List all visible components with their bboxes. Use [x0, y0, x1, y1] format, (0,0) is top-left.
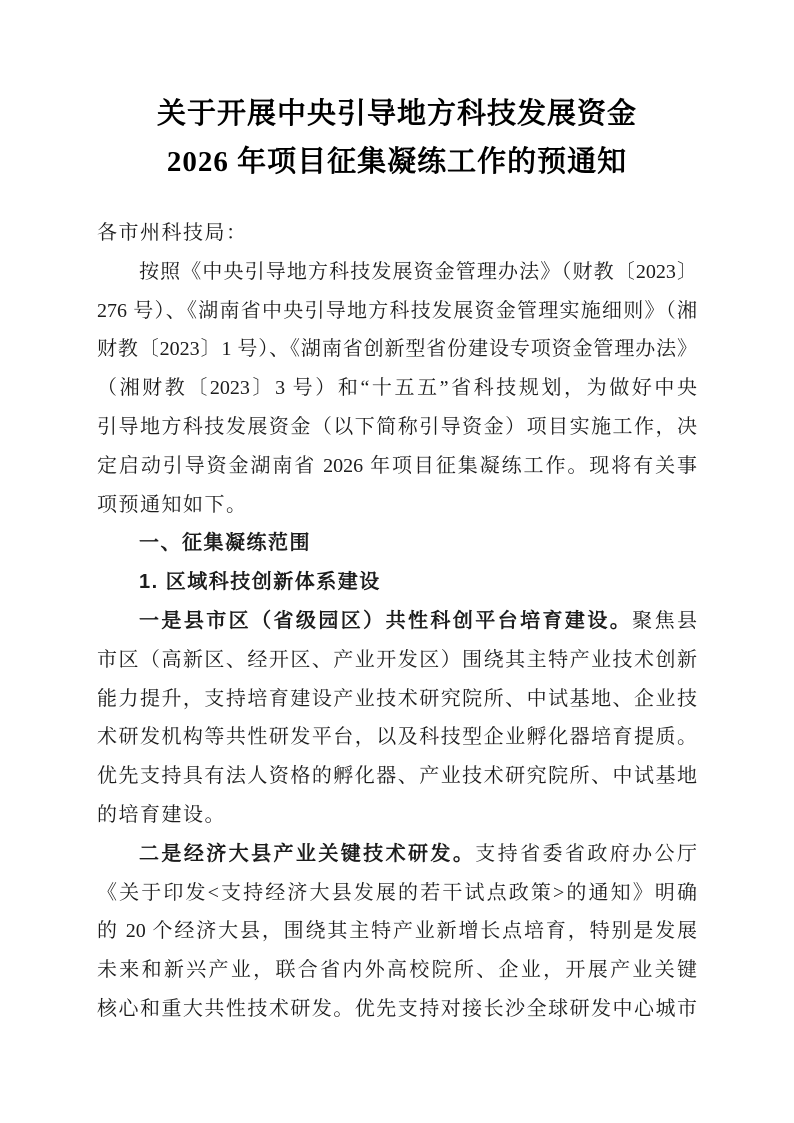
text-segment: 未来和新兴产业，联合省内外高校院所、企业，开展产业关键: [97, 959, 697, 981]
text-line: 未来和新兴产业，联合省内外高校院所、企业，开展产业关键: [97, 951, 697, 990]
text-line: 一、征集凝练范围: [97, 524, 697, 563]
text-line: 定启动引导资金湖南省 2026 年项目征集凝练工作。现将有关事: [97, 447, 697, 486]
text-line: 《关于印发<支持经济大县发展的若干试点政策>的通知》明确: [97, 874, 697, 913]
text-segment: 优先支持具有法人资格的孵化器、产业技术研究院所、中试基地: [97, 765, 697, 787]
document-body: 各市州科技局：按照《中央引导地方科技发展资金管理办法》（财教〔2023〕276 …: [97, 214, 697, 1029]
text-segment: 《关于印发<支持经济大县发展的若干试点政策>的通知》明确: [97, 882, 697, 904]
text-line: 引导地方科技发展资金（以下简称引导资金）项目实施工作，决: [97, 408, 697, 447]
text-line: 能力提升，支持培育建设产业技术研究院所、中试基地、企业技: [97, 680, 697, 719]
text-line: 的培育建设。: [97, 796, 697, 835]
bold-text-segment: 二是经济大县产业关键技术研发。: [139, 843, 475, 865]
text-line: 财教〔2023〕1 号）、《湖南省创新型省份建设专项资金管理办法》: [97, 330, 697, 369]
text-line: 的 20 个经济大县，围绕其主特产业新增长点培育，特别是发展: [97, 912, 697, 951]
title-line-1: 关于开展中央引导地方科技发展资金: [97, 90, 697, 138]
text-line: 二是经济大县产业关键技术研发。支持省委省政府办公厅: [97, 835, 697, 874]
text-segment: 项预通知如下。: [97, 494, 248, 516]
text-segment: 定启动引导资金湖南省 2026 年项目征集凝练工作。现将有关事: [97, 455, 697, 477]
text-segment: 术研发机构等共性研发平台，以及科技型企业孵化器培育提质。: [97, 726, 697, 748]
text-segment: 的 20 个经济大县，围绕其主特产业新增长点培育，特别是发展: [97, 920, 697, 942]
text-line: （湘财教〔2023〕3 号）和“十五五”省科技规划，为做好中央: [97, 369, 697, 408]
text-segment: 能力提升，支持培育建设产业技术研究院所、中试基地、企业技: [97, 688, 697, 710]
text-line: 术研发机构等共性研发平台，以及科技型企业孵化器培育提质。: [97, 718, 697, 757]
text-segment: 财教〔2023〕1 号）、《湖南省创新型省份建设专项资金管理办法》: [97, 338, 697, 360]
text-line: 276 号）、《湖南省中央引导地方科技发展资金管理实施细则》（湘: [97, 292, 697, 331]
document-title: 关于开展中央引导地方科技发展资金 2026 年项目征集凝练工作的预通知: [97, 90, 697, 186]
text-segment: 各市州科技局：: [97, 222, 248, 244]
bold-text-segment: 1. 区域科技创新体系建设: [139, 571, 381, 593]
text-segment: （湘财教〔2023〕3 号）和“十五五”省科技规划，为做好中央: [97, 377, 697, 399]
bold-text-segment: 一是县市区（省级园区）共性科创平台培育建设。: [139, 610, 632, 632]
text-segment: 核心和重大共性技术研发。优先支持对接长沙全球研发中心城市: [97, 998, 697, 1020]
text-line: 1. 区域科技创新体系建设: [97, 563, 697, 602]
text-segment: 的培育建设。: [97, 804, 226, 826]
text-line: 项预通知如下。: [97, 486, 697, 525]
text-line: 按照《中央引导地方科技发展资金管理办法》（财教〔2023〕: [97, 253, 697, 292]
text-segment: 市区（高新区、经开区、产业开发区）围绕其主特产业技术创新: [97, 649, 697, 671]
bold-text-segment: 一、征集凝练范围: [139, 532, 311, 554]
text-segment: 引导地方科技发展资金（以下简称引导资金）项目实施工作，决: [97, 416, 697, 438]
text-line: 一是县市区（省级园区）共性科创平台培育建设。聚焦县: [97, 602, 697, 641]
text-line: 核心和重大共性技术研发。优先支持对接长沙全球研发中心城市: [97, 990, 697, 1029]
document-page: 关于开展中央引导地方科技发展资金 2026 年项目征集凝练工作的预通知 各市州科…: [0, 0, 794, 1123]
text-line: 市区（高新区、经开区、产业开发区）围绕其主特产业技术创新: [97, 641, 697, 680]
text-segment: 支持省委省政府办公厅: [475, 843, 697, 865]
text-segment: 276 号）、《湖南省中央引导地方科技发展资金管理实施细则》（湘: [97, 300, 697, 322]
text-segment: 聚焦县: [632, 610, 697, 632]
text-line: 各市州科技局：: [97, 214, 697, 253]
title-line-2: 2026 年项目征集凝练工作的预通知: [97, 138, 697, 186]
text-segment: 按照《中央引导地方科技发展资金管理办法》（财教〔2023〕: [139, 261, 697, 283]
text-line: 优先支持具有法人资格的孵化器、产业技术研究院所、中试基地: [97, 757, 697, 796]
